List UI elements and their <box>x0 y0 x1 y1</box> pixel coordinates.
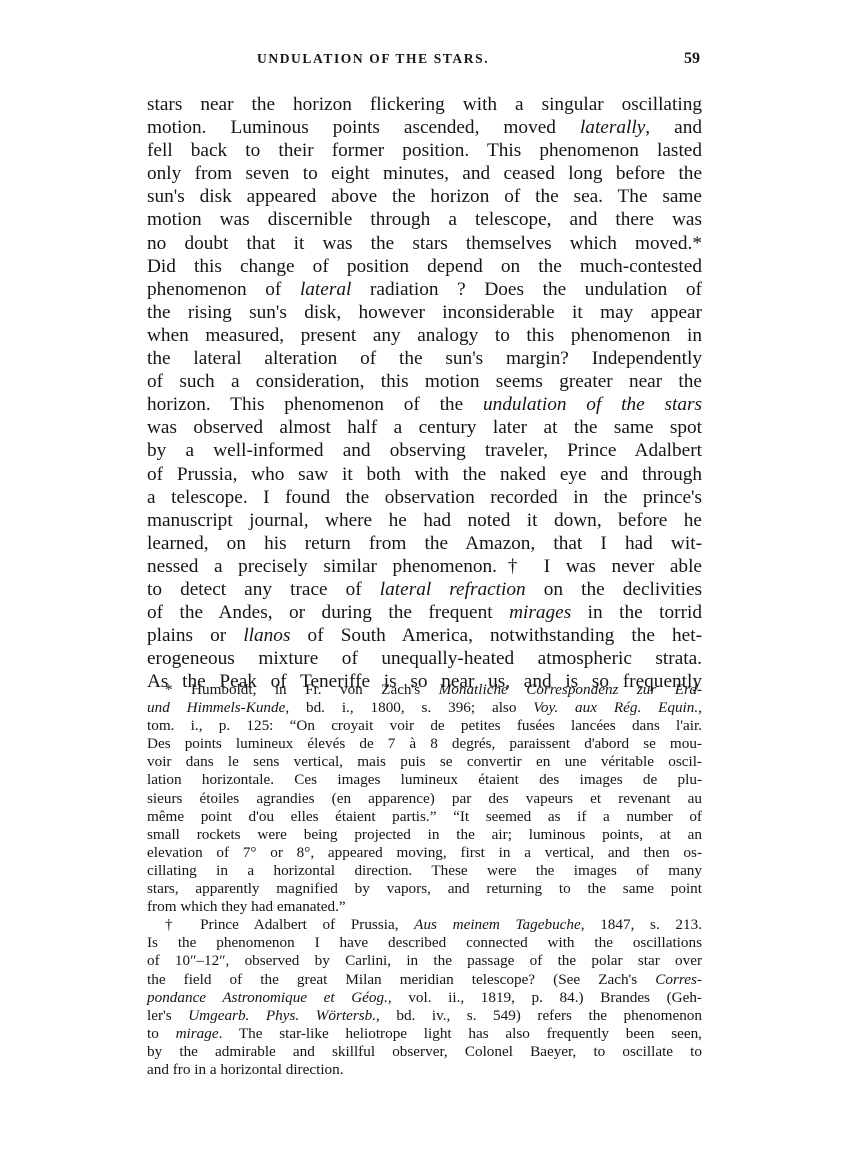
body-line: motion. Luminous points ascended, moved … <box>147 116 702 139</box>
footnote-line: small rockets were being projected in th… <box>147 826 702 844</box>
footnote-line: Des points lumineux élevés de 7 à 8 degr… <box>147 735 702 753</box>
body-line: horizon. This phenomenon of the undulati… <box>147 393 702 416</box>
body-line: fell back to their former position. This… <box>147 139 702 162</box>
footnote-line: * Humboldt, in Fr. von Zach's Monatliche… <box>147 681 702 699</box>
footnote-line: of 10″–12″, observed by Carlini, in the … <box>147 952 702 970</box>
italic-phrase: Umgearb. Phys. Wörtersb. <box>188 1007 376 1024</box>
footnote-line: by the admirable and skillful observer, … <box>147 1043 702 1061</box>
running-head: UNDULATION OF THE STARS. 59 <box>147 51 702 71</box>
body-line: when measured, present any analogy to th… <box>147 324 702 347</box>
footnote-line: to mirage. The star-like heliotrope ligh… <box>147 1025 702 1043</box>
body-line: the lateral alteration of the sun's marg… <box>147 347 702 370</box>
footnote-line: lation horizontale. Ces images lumineux … <box>147 771 702 789</box>
italic-phrase: llanos <box>243 625 290 646</box>
footnote-line: tom. i., p. 125: “On croyait voir de pet… <box>147 717 702 735</box>
footnote-line: und Himmels-Kunde, bd. i., 1800, s. 396;… <box>147 699 702 717</box>
italic-phrase: Voy. aux Rég. Equin. <box>533 699 698 716</box>
italic-phrase: lateral <box>300 279 351 300</box>
footnote-line: stars, apparently magnified by vapors, a… <box>147 880 702 898</box>
footnote-line: ler's Umgearb. Phys. Wörtersb., bd. iv.,… <box>147 1007 702 1025</box>
footnote-line: the field of the great Milan meridian te… <box>147 971 702 989</box>
body-line: erogeneous mixture of unequally-heated a… <box>147 647 702 670</box>
italic-phrase: pondance Astronomique et Géog. <box>147 989 388 1006</box>
body-text: stars near the horizon flickering with a… <box>147 93 702 693</box>
body-line: manuscript journal, where he had noted i… <box>147 509 702 532</box>
body-line: by a well-informed and observing travele… <box>147 439 702 462</box>
body-line: phenomenon of lateral radiation ? Does t… <box>147 278 702 301</box>
footnote-line: sieurs étoiles agrandies (en apparence) … <box>147 790 702 808</box>
italic-phrase: mirages <box>509 602 571 623</box>
body-line: sun's disk appeared above the horizon of… <box>147 185 702 208</box>
body-line: stars near the horizon flickering with a… <box>147 93 702 116</box>
footnote-line: voir dans le sens vertical, mais puis se… <box>147 753 702 771</box>
footnote-line: Is the phenomenon I have described conne… <box>147 934 702 952</box>
italic-phrase: lateral refraction <box>380 579 526 600</box>
footnote-line: pondance Astronomique et Géog., vol. ii.… <box>147 989 702 1007</box>
body-line: the rising sun's disk, however inconside… <box>147 301 702 324</box>
italic-phrase: mirage <box>176 1025 219 1042</box>
italic-phrase: laterally <box>580 117 645 138</box>
body-line: motion was discernible through a telesco… <box>147 208 702 231</box>
italic-phrase: Aus meinem Tagebuche <box>414 916 581 933</box>
running-title: UNDULATION OF THE STARS. <box>257 51 489 67</box>
body-line: of such a consideration, this motion see… <box>147 370 702 393</box>
page-number: 59 <box>684 50 700 68</box>
footnote-line: † Prince Adalbert of Prussia, Aus meinem… <box>147 916 702 934</box>
footnote-line: from which they had emanated.” <box>147 898 702 916</box>
body-line: plains or llanos of South America, notwi… <box>147 624 702 647</box>
body-line: of the Andes, or during the frequent mir… <box>147 601 702 624</box>
body-line: no doubt that it was the stars themselve… <box>147 232 702 255</box>
footnotes: * Humboldt, in Fr. von Zach's Monatliche… <box>147 681 702 1079</box>
body-line: was observed almost half a century later… <box>147 416 702 439</box>
italic-phrase: Monatliche Correspondenz zur Erd- <box>439 681 702 698</box>
footnote-line: elevation of 7° or 8°, appeared moving, … <box>147 844 702 862</box>
body-line: learned, on his return from the Amazon, … <box>147 532 702 555</box>
italic-phrase: und Himmels-Kunde <box>147 699 285 716</box>
footnote-line: cillating in a horizontal direction. The… <box>147 862 702 880</box>
body-line: to detect any trace of lateral refractio… <box>147 578 702 601</box>
italic-phrase: Corres- <box>655 971 702 988</box>
italic-phrase: undulation of the stars <box>483 394 702 415</box>
body-line: of Prussia, who saw it both with the nak… <box>147 463 702 486</box>
body-line: only from seven to eight minutes, and ce… <box>147 162 702 185</box>
footnote-line: même point d'ou elles étaient partis.” “… <box>147 808 702 826</box>
body-line: nessed a precisely similar phenomenon.† … <box>147 555 702 578</box>
body-line: a telescope. I found the observation rec… <box>147 486 702 509</box>
footnote-line: and fro in a horizontal direction. <box>147 1061 702 1079</box>
body-line: Did this change of position depend on th… <box>147 255 702 278</box>
